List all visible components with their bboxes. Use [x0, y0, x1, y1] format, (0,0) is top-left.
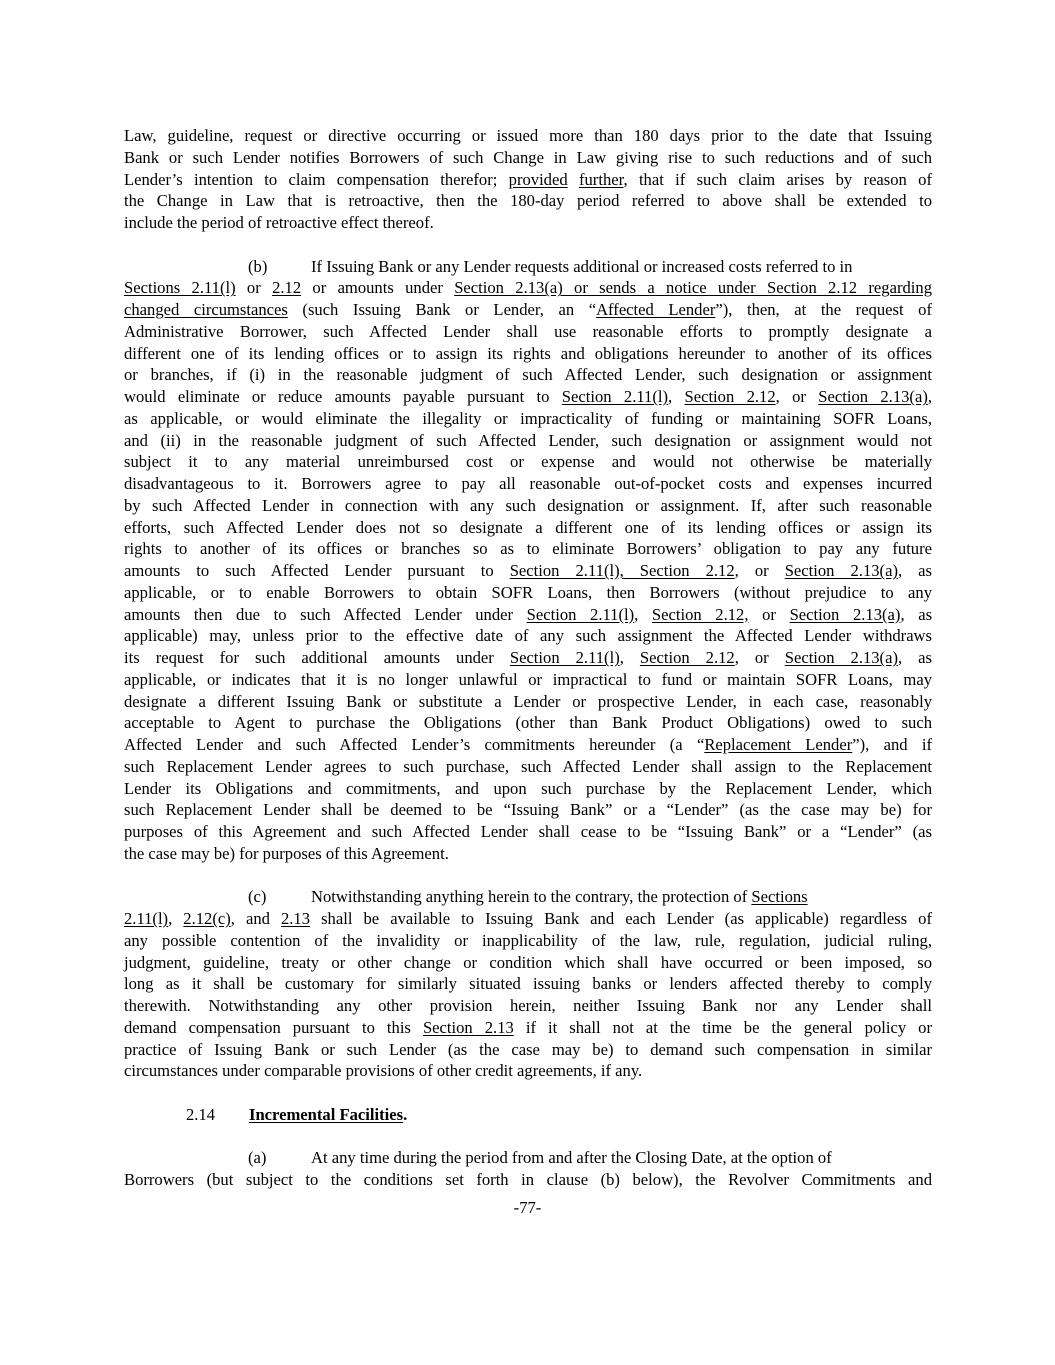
text-run: or	[749, 605, 790, 624]
section-reference: Sections	[751, 887, 807, 906]
text-line: Law, guideline, request or directive occ…	[124, 125, 932, 147]
text-run: Lender’s intention to claim compensation…	[124, 170, 509, 189]
text-run: , and	[231, 909, 281, 928]
section-reference: 2.12(c)	[183, 909, 230, 928]
clause-a-body: Borrowers (but subject to the conditions…	[124, 1169, 932, 1191]
text-run: , that if such claim arises by reason of	[623, 170, 932, 189]
section-reference: Section 2.13	[423, 1018, 514, 1037]
text-line: such Replacement Lender agrees to such p…	[124, 756, 932, 778]
text-run: applicable, or to enable Borrowers to ob…	[124, 583, 932, 602]
text-line: the Change in Law that is retroactive, t…	[124, 190, 932, 212]
text-run: subject it to any material unreimbursed …	[124, 452, 932, 471]
text-run: the case may be) for purposes of this Ag…	[124, 844, 449, 863]
text-line: Lender’s intention to claim compensation…	[124, 169, 932, 191]
clause-c-body: 2.11(l), 2.12(c), and 2.13 shall be avai…	[124, 908, 932, 1082]
text-run: long as it shall be customary for simila…	[124, 974, 932, 993]
clause-c-first-line: (c)Notwithstanding anything herein to th…	[124, 886, 932, 908]
text-run: amounts to such Affected Lender pursuant…	[124, 561, 510, 580]
section-heading: 2.14Incremental Facilities.	[124, 1104, 932, 1126]
text-run: practice of Issuing Bank or such Lender …	[124, 1040, 932, 1059]
text-run: and (ii) in the reasonable judgment of s…	[124, 431, 932, 450]
section-reference: Section 2.13(a)	[785, 648, 898, 667]
section-reference: Affected Lender	[596, 300, 715, 319]
text-run: ,	[928, 387, 932, 406]
text-run: therewith. Notwithstanding any other pro…	[124, 996, 932, 1015]
text-run: ,	[168, 909, 183, 928]
text-line: applicable, or indicates that it is no l…	[124, 669, 932, 691]
clause-b-body: Sections 2.11(l) or 2.12 or amounts unde…	[124, 277, 932, 864]
text-line: therewith. Notwithstanding any other pro…	[124, 995, 932, 1017]
clause-a-label: (a)	[248, 1147, 311, 1169]
clause-c-label: (c)	[248, 886, 311, 908]
text-run: , as	[898, 648, 932, 667]
text-line: practice of Issuing Bank or such Lender …	[124, 1039, 932, 1061]
text-line: applicable) may, unless prior to the eff…	[124, 625, 932, 647]
text-run: acceptable to Agent to purchase the Obli…	[124, 713, 932, 732]
text-run: Bank or such Lender notifies Borrowers o…	[124, 148, 932, 167]
clause-a-paragraph: (a)At any time during the period from an…	[124, 1147, 932, 1191]
section-reference: Section 2.11(l)	[527, 605, 634, 624]
text-run: its request for such additional amounts …	[124, 648, 510, 667]
section-reference: Section 2.13(a)	[785, 561, 898, 580]
paragraph-gap	[124, 234, 932, 256]
clause-b-label: (b)	[248, 256, 311, 278]
section-reference: Section 2.12,	[652, 605, 749, 624]
clause-a-first-line-text: At any time during the period from and a…	[311, 1148, 832, 1167]
text-line: amounts to such Affected Lender pursuant…	[124, 560, 932, 582]
text-line: such Replacement Lender shall be deemed …	[124, 799, 932, 821]
text-line: Lender its Obligations and commitments, …	[124, 778, 932, 800]
text-line: changed circumstances (such Issuing Bank…	[124, 299, 932, 321]
text-run: ,	[668, 387, 684, 406]
text-line: rights to another of its offices or bran…	[124, 538, 932, 560]
section-title: Incremental Facilities	[249, 1105, 403, 1124]
text-line: efforts, such Affected Lender does not s…	[124, 517, 932, 539]
text-run: or branches, if (i) in the reasonable ju…	[124, 365, 932, 384]
clause-c-paragraph: (c)Notwithstanding anything herein to th…	[124, 886, 932, 1082]
text-run: as applicable, or would eliminate the il…	[124, 409, 932, 428]
text-run: would eliminate or reduce amounts payabl…	[124, 387, 562, 406]
text-run: or amounts under	[301, 278, 454, 297]
text-line: 2.11(l), 2.12(c), and 2.13 shall be avai…	[124, 908, 932, 930]
text-run: applicable, or indicates that it is no l…	[124, 670, 932, 689]
text-line: Affected Lender and such Affected Lender…	[124, 734, 932, 756]
section-reference: Section 2.12	[684, 387, 775, 406]
section-number: 2.14	[186, 1104, 249, 1126]
section-reference: Section 2.11(l), Section 2.12	[510, 561, 735, 580]
text-run: the Change in Law that is retroactive, t…	[124, 191, 932, 210]
section-reference: provided	[509, 170, 568, 189]
text-run: , or	[735, 561, 785, 580]
section-reference: Replacement Lender	[704, 735, 852, 754]
text-line: would eliminate or reduce amounts payabl…	[124, 386, 932, 408]
text-run: ,	[634, 605, 652, 624]
text-run: ,	[620, 648, 640, 667]
text-run: amounts then due to such Affected Lender…	[124, 605, 527, 624]
text-line: long as it shall be customary for simila…	[124, 973, 932, 995]
text-line: by such Affected Lender in connection wi…	[124, 495, 932, 517]
text-line: disadvantageous to it. Borrowers agree t…	[124, 473, 932, 495]
text-run: circumstances under comparable provision…	[124, 1061, 642, 1080]
text-run: or	[236, 278, 272, 297]
text-line: amounts then due to such Affected Lender…	[124, 604, 932, 626]
clause-b-first-line: (b)If Issuing Bank or any Lender request…	[124, 256, 932, 278]
text-line: judgment, guideline, treaty or other cha…	[124, 952, 932, 974]
text-run: such Replacement Lender shall be deemed …	[124, 800, 932, 819]
clause-c-first-line-text: Notwithstanding anything herein to the c…	[311, 887, 808, 906]
section-reference: Section 2.11(l)	[510, 648, 620, 667]
section-reference: Sections 2.11(l)	[124, 278, 236, 297]
section-reference: Section 2.12	[640, 648, 735, 667]
text-line: and (ii) in the reasonable judgment of s…	[124, 430, 932, 452]
text-run: Notwithstanding anything herein to the c…	[311, 887, 751, 906]
text-run: Affected Lender and such Affected Lender…	[124, 735, 704, 754]
text-run: demand compensation pursuant to this	[124, 1018, 423, 1037]
text-line: applicable, or to enable Borrowers to ob…	[124, 582, 932, 604]
text-run: , as	[898, 561, 932, 580]
section-reference: Section 2.13(a)	[818, 387, 928, 406]
text-line: Sections 2.11(l) or 2.12 or amounts unde…	[124, 277, 932, 299]
text-run: rights to another of its offices or bran…	[124, 539, 932, 558]
text-run	[568, 170, 579, 189]
clause-b-first-line-text: If Issuing Bank or any Lender requests a…	[311, 257, 852, 276]
text-run: ”), and if	[852, 735, 932, 754]
text-line: the case may be) for purposes of this Ag…	[124, 843, 932, 865]
text-line: or branches, if (i) in the reasonable ju…	[124, 364, 932, 386]
section-reference: 2.11(l)	[124, 909, 168, 928]
text-run: any possible contention of the invalidit…	[124, 931, 932, 950]
text-run: by such Affected Lender in connection wi…	[124, 496, 932, 515]
paragraph-gap	[124, 865, 932, 887]
text-line: as applicable, or would eliminate the il…	[124, 408, 932, 430]
section-reference: Section 2.11(l)	[562, 387, 668, 406]
text-run: include the period of retroactive effect…	[124, 213, 434, 232]
text-run: , or	[776, 387, 819, 406]
text-line: designate a different Issuing Bank or su…	[124, 691, 932, 713]
text-run: ”), then, at the request of	[715, 300, 932, 319]
clause-a-first-line: (a)At any time during the period from an…	[124, 1147, 932, 1169]
section-reference: Section 2.13(a)	[790, 605, 901, 624]
section-reference: Section 2.13(a) or sends a notice under …	[454, 278, 932, 297]
text-line: acceptable to Agent to purchase the Obli…	[124, 712, 932, 734]
text-line: its request for such additional amounts …	[124, 647, 932, 669]
text-run: judgment, guideline, treaty or other cha…	[124, 953, 932, 972]
text-run: (such Issuing Bank or Lender, an “	[288, 300, 596, 319]
document-page: Law, guideline, request or directive occ…	[124, 125, 932, 1191]
text-run: shall be available to Issuing Bank and e…	[310, 909, 932, 928]
paragraph-gap	[124, 1082, 932, 1104]
text-run: purposes of this Agreement and such Affe…	[124, 822, 932, 841]
text-line: circumstances under comparable provision…	[124, 1060, 932, 1082]
text-run: Borrowers (but subject to the conditions…	[124, 1170, 932, 1189]
text-run: different one of its lending offices or …	[124, 344, 932, 363]
text-run: Law, guideline, request or directive occ…	[124, 126, 932, 145]
section-reference: further	[579, 170, 623, 189]
text-run: applicable) may, unless prior to the eff…	[124, 626, 932, 645]
section-reference: changed circumstances	[124, 300, 288, 319]
text-line: Bank or such Lender notifies Borrowers o…	[124, 147, 932, 169]
text-line: any possible contention of the invalidit…	[124, 930, 932, 952]
text-line: demand compensation pursuant to this Sec…	[124, 1017, 932, 1039]
text-line: Administrative Borrower, such Affected L…	[124, 321, 932, 343]
text-line: different one of its lending offices or …	[124, 343, 932, 365]
text-line: purposes of this Agreement and such Affe…	[124, 821, 932, 843]
text-run: disadvantageous to it. Borrowers agree t…	[124, 474, 932, 493]
text-run: Administrative Borrower, such Affected L…	[124, 322, 932, 341]
section-title-period: .	[403, 1105, 407, 1124]
text-run: designate a different Issuing Bank or su…	[124, 692, 932, 711]
text-line: include the period of retroactive effect…	[124, 212, 932, 234]
text-run: , as	[900, 605, 932, 624]
text-run: if it shall not at the time be the gener…	[514, 1018, 932, 1037]
intro-paragraph: Law, guideline, request or directive occ…	[124, 125, 932, 234]
clause-b-paragraph: (b)If Issuing Bank or any Lender request…	[124, 256, 932, 865]
text-line: Borrowers (but subject to the conditions…	[124, 1169, 932, 1191]
text-line: subject it to any material unreimbursed …	[124, 451, 932, 473]
text-run: such Replacement Lender agrees to such p…	[124, 757, 932, 776]
text-run: efforts, such Affected Lender does not s…	[124, 518, 932, 537]
paragraph-gap	[124, 1126, 932, 1148]
section-reference: 2.12	[272, 278, 301, 297]
text-run: , or	[735, 648, 785, 667]
section-reference: 2.13	[281, 909, 310, 928]
text-run: Lender its Obligations and commitments, …	[124, 779, 932, 798]
page-number: -77-	[0, 1197, 1055, 1219]
